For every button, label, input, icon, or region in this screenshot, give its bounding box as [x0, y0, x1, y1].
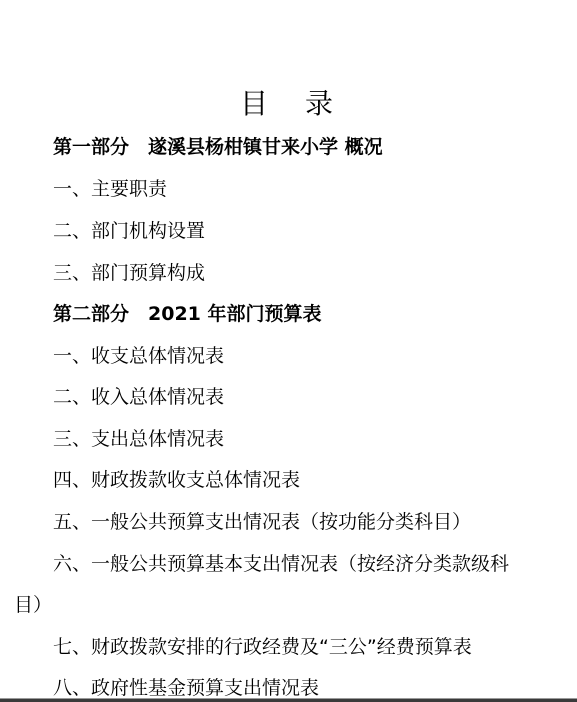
toc-item-general-budget-by-function[interactable]: 五、一般公共预算支出情况表（按功能分类科目） — [53, 509, 471, 535]
toc-part-1-heading[interactable]: 第一部分 遂溪县杨柑镇甘来小学 概况 — [53, 134, 383, 160]
toc-item-main-duties[interactable]: 一、主要职责 — [53, 176, 167, 202]
toc-item-revenue-expenditure-overview[interactable]: 一、收支总体情况表 — [53, 343, 224, 369]
toc-item-admin-and-three-public-expenses[interactable]: 七、财政拨款安排的行政经费及“三公”经费预算表 — [53, 634, 472, 660]
toc-item-fiscal-allocation-overview[interactable]: 四、财政拨款收支总体情况表 — [53, 467, 300, 493]
toc-item-org-structure[interactable]: 二、部门机构设置 — [53, 218, 205, 244]
toc-item-general-budget-basic-by-economic[interactable]: 六、一般公共预算基本支出情况表（按经济分类款级科 — [53, 551, 509, 577]
toc-item-general-budget-basic-by-economic-continuation[interactable]: 目） — [14, 592, 52, 618]
toc-item-expenditure-overview[interactable]: 三、支出总体情况表 — [53, 426, 224, 452]
toc-item-revenue-overview[interactable]: 二、收入总体情况表 — [53, 384, 224, 410]
page-bottom-border — [0, 698, 577, 702]
toc-part-2-heading[interactable]: 第二部分 2021 年部门预算表 — [53, 301, 322, 327]
toc-item-budget-composition[interactable]: 三、部门预算构成 — [53, 260, 205, 286]
page-title: 目 录 — [0, 84, 577, 124]
